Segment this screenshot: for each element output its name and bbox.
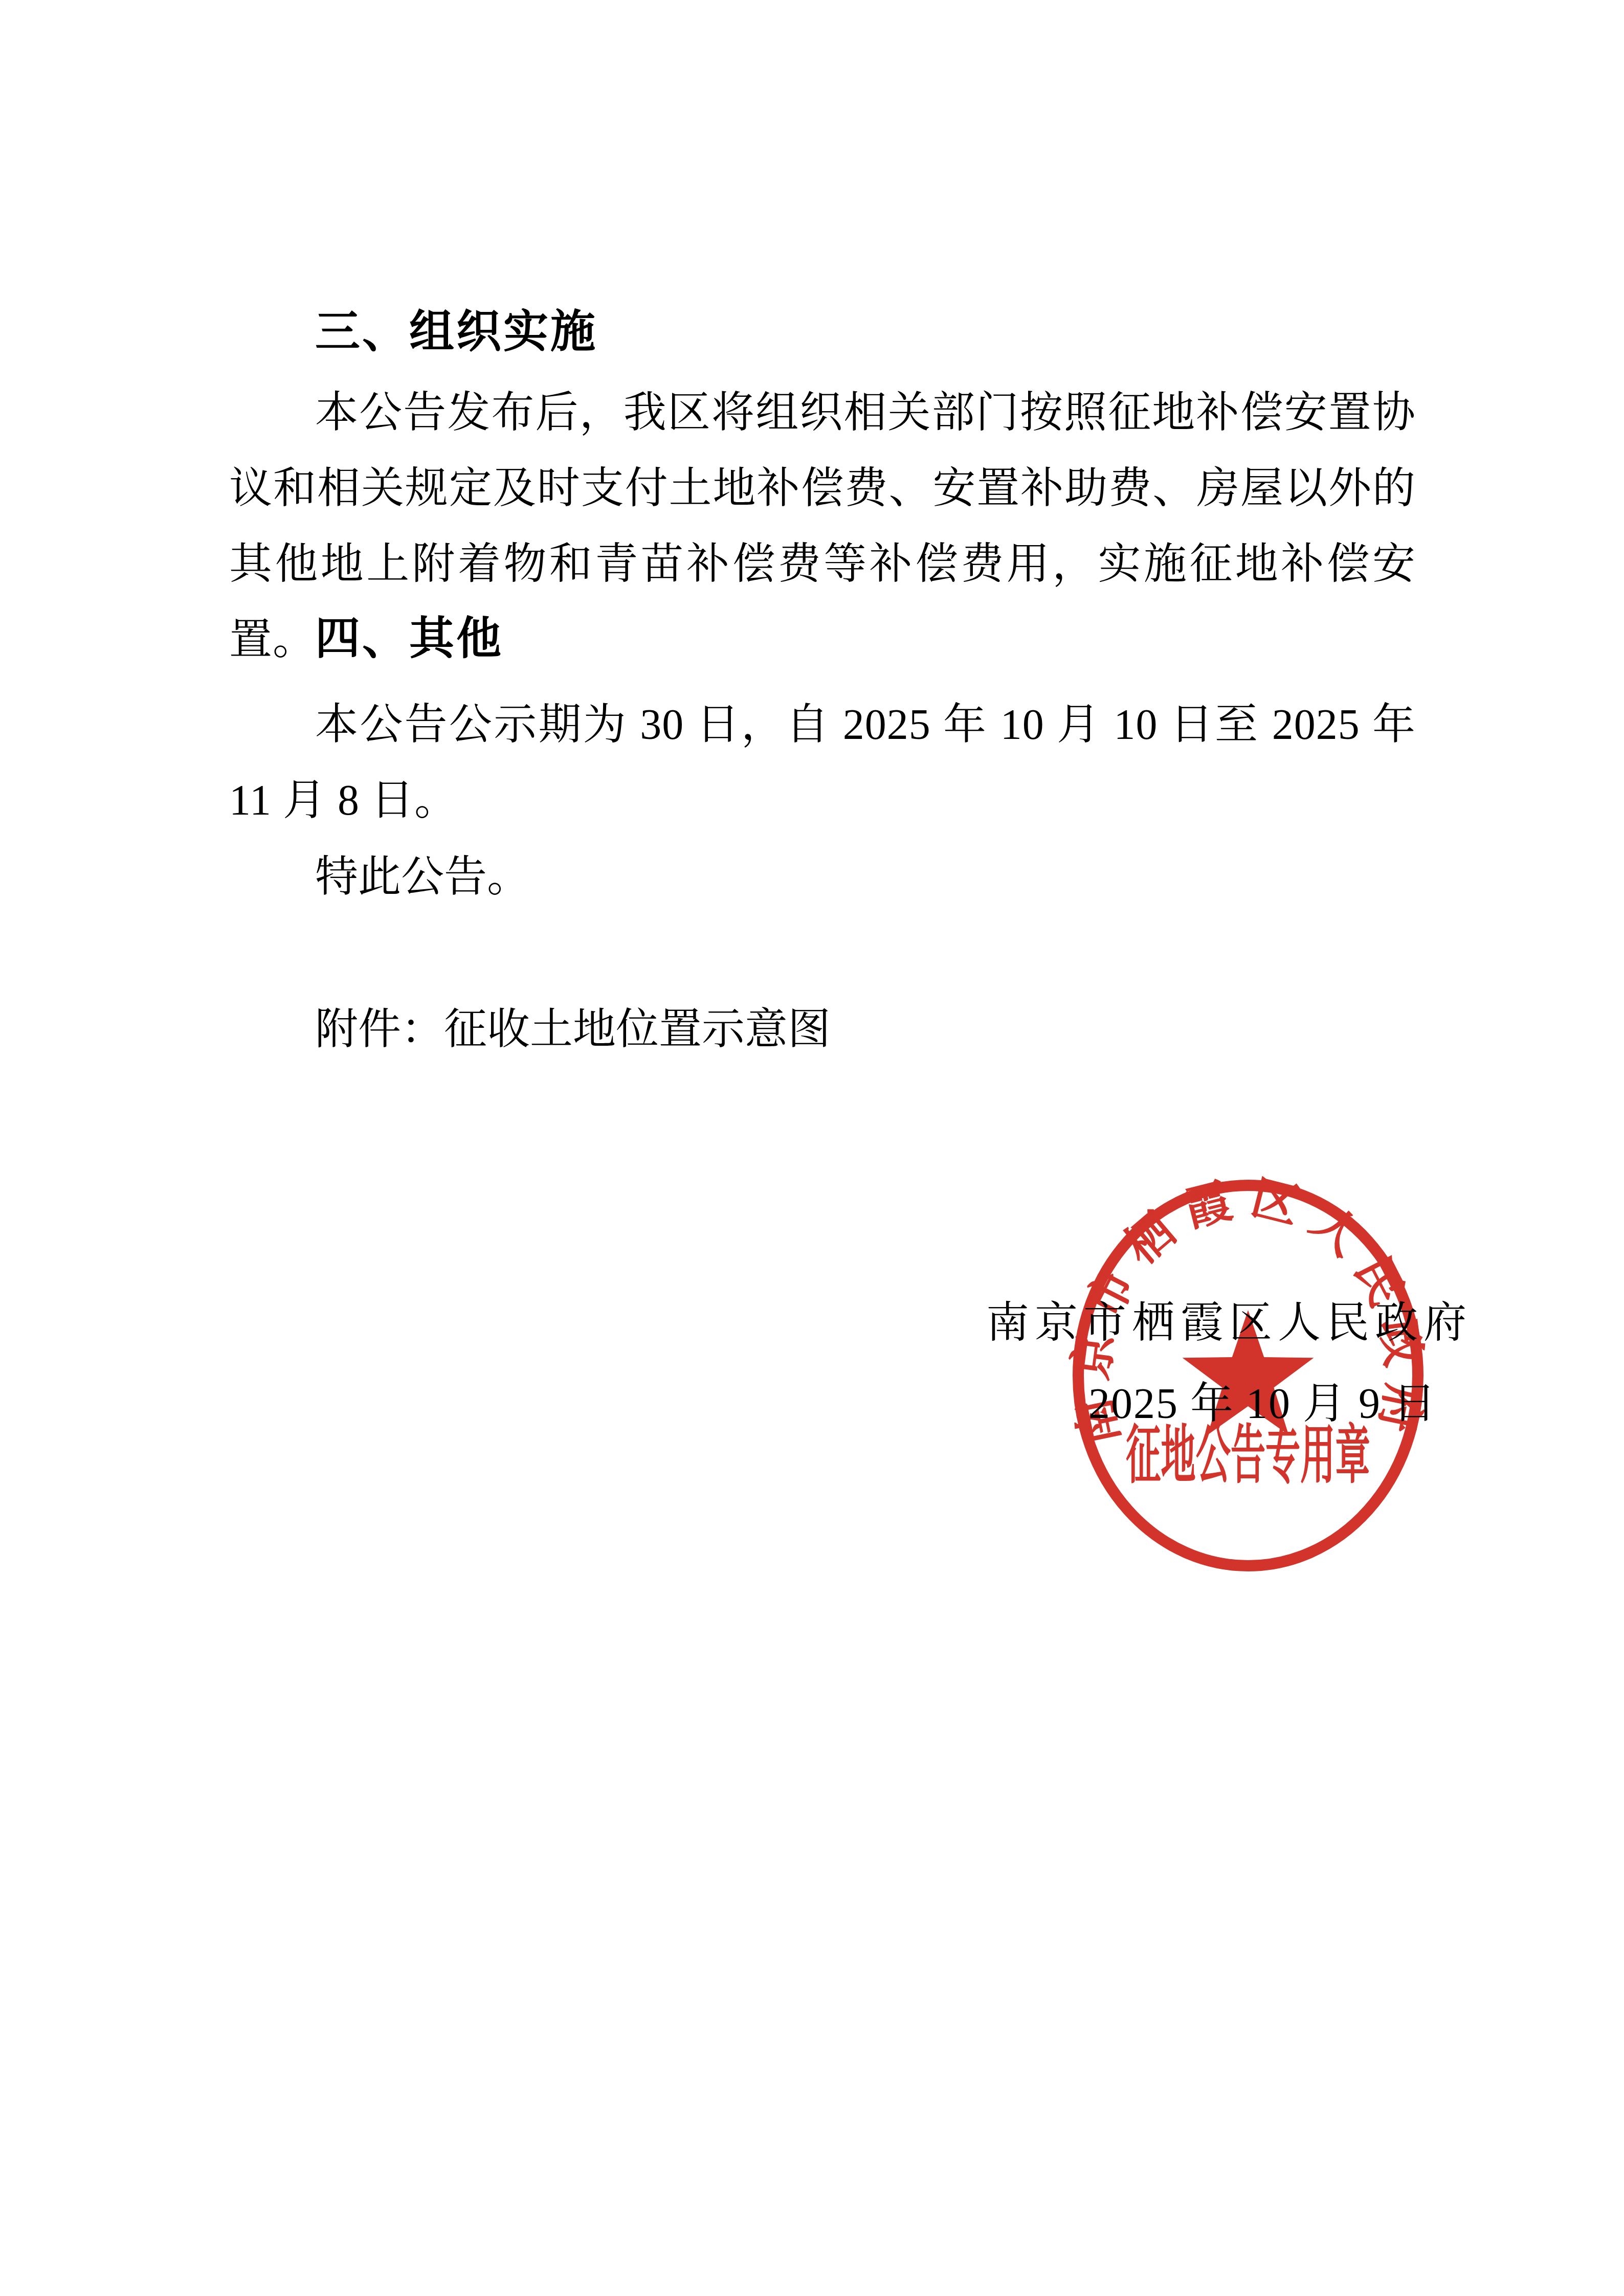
seal-star-icon bbox=[1183, 1310, 1314, 1435]
official-seal: 南京市栖霞区人民政府 征地公告专用章 bbox=[1066, 1174, 1430, 1578]
attachment-line: 附件：征收土地位置示意图 bbox=[229, 992, 1416, 1068]
announcement-page: { "page": { "background": "#ffffff", "te… bbox=[0, 0, 1624, 2296]
section-heading-3: 三、组织实施 bbox=[315, 309, 597, 354]
closing-line: 特此公告。 bbox=[229, 840, 1416, 915]
section-4-paragraph: 本公告公示期为 30 日，自 2025 年 10 月 10 日至 2025 年 … bbox=[229, 687, 1416, 839]
section-heading-4: 四、其他 bbox=[315, 616, 503, 661]
seal-bottom-text: 征地公告专用章 bbox=[1126, 1420, 1370, 1491]
